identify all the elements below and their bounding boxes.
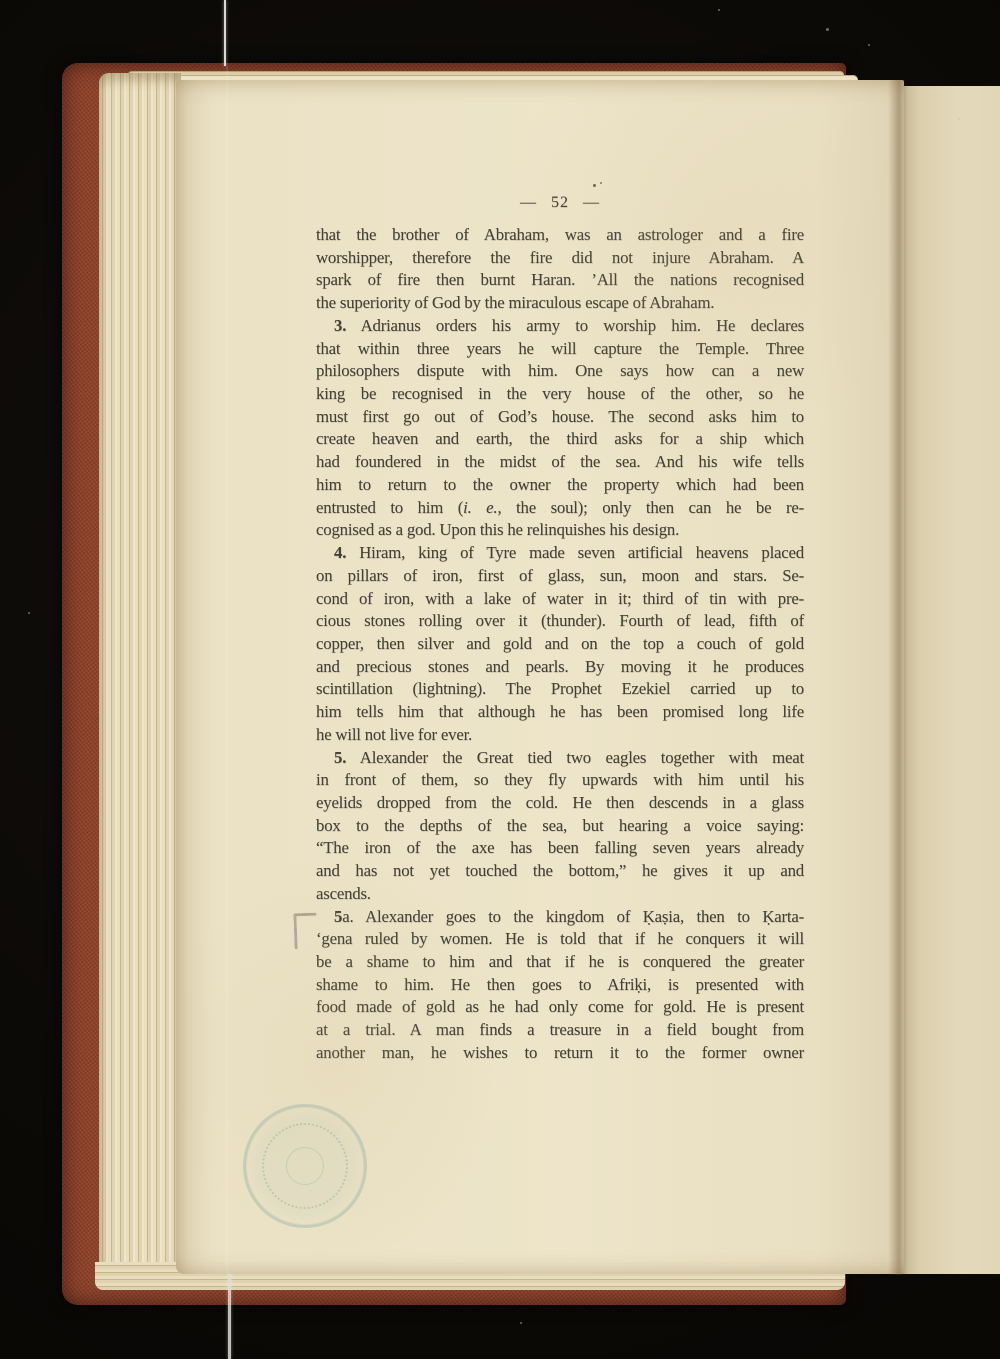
text-segment: “The iron of the axe has been falling se… — [316, 838, 804, 857]
text-segment: that within three years he will capture … — [316, 339, 804, 358]
text-segment: Adrianus orders his army to worship him.… — [346, 316, 804, 335]
ink-speck — [600, 182, 602, 184]
dust-speck — [718, 9, 720, 11]
text-segment: on pillars of iron, first of glass, sun,… — [316, 566, 804, 585]
text-line: cious stones rolling over it (thunder). … — [316, 610, 804, 633]
text-segment: that the brother of Abraham, was an astr… — [316, 225, 804, 244]
text-segment: ascends. — [316, 884, 371, 903]
text-line: box to the depths of the sea, but hearin… — [316, 815, 804, 838]
text-segment: another man, he wishes to return it to t… — [316, 1043, 804, 1062]
facing-page — [903, 86, 1000, 1274]
cradle-string-bottom — [228, 1274, 231, 1359]
text-line: ‘gena ruled by women. He is told that if… — [316, 928, 804, 951]
text-segment: scintillation (lightning). The Prophet E… — [316, 679, 804, 698]
text-line: scintillation (lightning). The Prophet E… — [316, 678, 804, 701]
text-segment: cond of iron, with a lake of water in it… — [316, 589, 804, 608]
text-line: on pillars of iron, first of glass, sun,… — [316, 565, 804, 588]
dust-speck — [28, 612, 30, 614]
text-segment: philosophers dispute with him. One says … — [316, 361, 804, 380]
text-line: had foundered in the midst of the sea. A… — [316, 451, 804, 474]
dust-speck — [868, 44, 870, 46]
text-segment: eyelids dropped from the cold. He then d… — [316, 793, 804, 812]
text-line: ascends. — [316, 883, 804, 906]
text-line: eyelids dropped from the cold. He then d… — [316, 792, 804, 815]
text-segment: cognised as a god. Upon this he relinqui… — [316, 520, 679, 539]
text-line: create heaven and earth, the third asks … — [316, 428, 804, 451]
text-segment: food made of gold as he had only come fo… — [316, 997, 804, 1016]
text-line: copper, then silver and gold and on the … — [316, 633, 804, 656]
text-line: entrusted to him (i. e., the soul); only… — [316, 497, 804, 520]
text-segment: be a shame to him and that if he is conq… — [316, 952, 804, 971]
paragraph-number: 5 — [334, 907, 342, 926]
cradle-string-over-page — [226, 66, 228, 1274]
text-segment: create heaven and earth, the third asks … — [316, 429, 804, 448]
text-line: he will not live for ever. — [316, 724, 804, 747]
text-segment: i. e. — [463, 498, 497, 517]
dust-speck — [826, 28, 829, 31]
paragraph-number: 4. — [334, 543, 346, 562]
text-line: “The iron of the axe has been falling se… — [316, 837, 804, 860]
text-line: food made of gold as he had only come fo… — [316, 996, 804, 1019]
dust-speck — [520, 1322, 522, 1324]
text-line: him to return to the owner the property … — [316, 474, 804, 497]
library-stamp — [231, 1092, 378, 1239]
text-line: king be recognised in the very house of … — [316, 383, 804, 406]
photo-backdrop: — 52 — that the brother of Abraham, was … — [0, 0, 1000, 1359]
text-line: him tells him that although he has been … — [316, 701, 804, 724]
text-segment: must first go out of God’s house. The se… — [316, 407, 804, 426]
text-segment: shame to him. He then goes to Afriḳi, is… — [316, 975, 804, 994]
text-segment: copper, then silver and gold and on the … — [316, 634, 804, 653]
text-segment: ‘gena ruled by women. He is told that if… — [316, 929, 804, 948]
pencil-bracket-annotation — [293, 913, 317, 950]
text-segment: , the soul); only then can he be re- — [497, 498, 804, 517]
text-line: that the brother of Abraham, was an astr… — [316, 224, 804, 247]
text-segment: at a trial. A man finds a treasure in a … — [316, 1020, 804, 1039]
text-line: 3. Adrianus orders his army to worship h… — [316, 315, 804, 338]
ink-speck — [593, 184, 596, 187]
text-segment: Alexander the Great tied two eagles toge… — [346, 748, 804, 767]
text-line: 5. Alexander the Great tied two eagles t… — [316, 747, 804, 770]
text-segment: and has not yet touched the bottom,” he … — [316, 861, 804, 880]
text-segment: and precious stones and pearls. By movin… — [316, 657, 804, 676]
text-segment: in front of them, so they fly upwards wi… — [316, 770, 804, 789]
text-line: and precious stones and pearls. By movin… — [316, 656, 804, 679]
text-line: philosophers dispute with him. One says … — [316, 360, 804, 383]
text-segment: cious stones rolling over it (thunder). … — [316, 611, 804, 630]
cradle-string-top — [224, 0, 226, 66]
text-line: cond of iron, with a lake of water in it… — [316, 588, 804, 611]
text-segment: a. Alexander goes to the kingdom of Ḳaṣi… — [342, 907, 804, 926]
text-line: shame to him. He then goes to Afriḳi, is… — [316, 974, 804, 997]
text-line: cognised as a god. Upon this he relinqui… — [316, 519, 804, 542]
text-segment: king be recognised in the very house of … — [316, 384, 804, 403]
text-column: — 52 — that the brother of Abraham, was … — [316, 192, 804, 1065]
text-line: at a trial. A man finds a treasure in a … — [316, 1019, 804, 1042]
text-segment: box to the depths of the sea, but hearin… — [316, 816, 804, 835]
text-segment: had foundered in the midst of the sea. A… — [316, 452, 804, 471]
book-page: — 52 — that the brother of Abraham, was … — [176, 80, 904, 1274]
text-line: in front of them, so they fly upwards wi… — [316, 769, 804, 792]
page-number: — 52 — — [316, 192, 804, 216]
text-line: worshipper, therefore the fire did not i… — [316, 247, 804, 270]
dust-speck — [958, 118, 960, 120]
text-line: spark of fire then burnt Haran. ’All the… — [316, 269, 804, 292]
paragraph-number: 3. — [334, 316, 346, 335]
text-segment: entrusted to him ( — [316, 498, 463, 517]
gutter-shadow — [888, 80, 908, 1275]
text-line: 5a. Alexander goes to the kingdom of Ḳaṣ… — [316, 906, 804, 929]
text-line: another man, he wishes to return it to t… — [316, 1042, 804, 1065]
text-segment: spark of fire then burnt Haran. ’All the… — [316, 270, 804, 289]
text-segment: Hiram, king of Tyre made seven artificia… — [346, 543, 804, 562]
text-line: be a shame to him and that if he is conq… — [316, 951, 804, 974]
text-line: the superiority of God by the miraculous… — [316, 292, 804, 315]
text-segment: he will not live for ever. — [316, 725, 472, 744]
page-edges-left — [99, 73, 181, 1287]
text-line: must first go out of God’s house. The se… — [316, 406, 804, 429]
text-line: and has not yet touched the bottom,” he … — [316, 860, 804, 883]
text-line: that within three years he will capture … — [316, 338, 804, 361]
text-segment: the superiority of God by the miraculous… — [316, 293, 714, 312]
text-segment: him tells him that although he has been … — [316, 702, 804, 721]
text-line: 4. Hiram, king of Tyre made seven artifi… — [316, 542, 804, 565]
text-segment: him to return to the owner the property … — [316, 475, 804, 494]
paragraph-number: 5. — [334, 748, 346, 767]
text-segment: worshipper, therefore the fire did not i… — [316, 248, 804, 267]
